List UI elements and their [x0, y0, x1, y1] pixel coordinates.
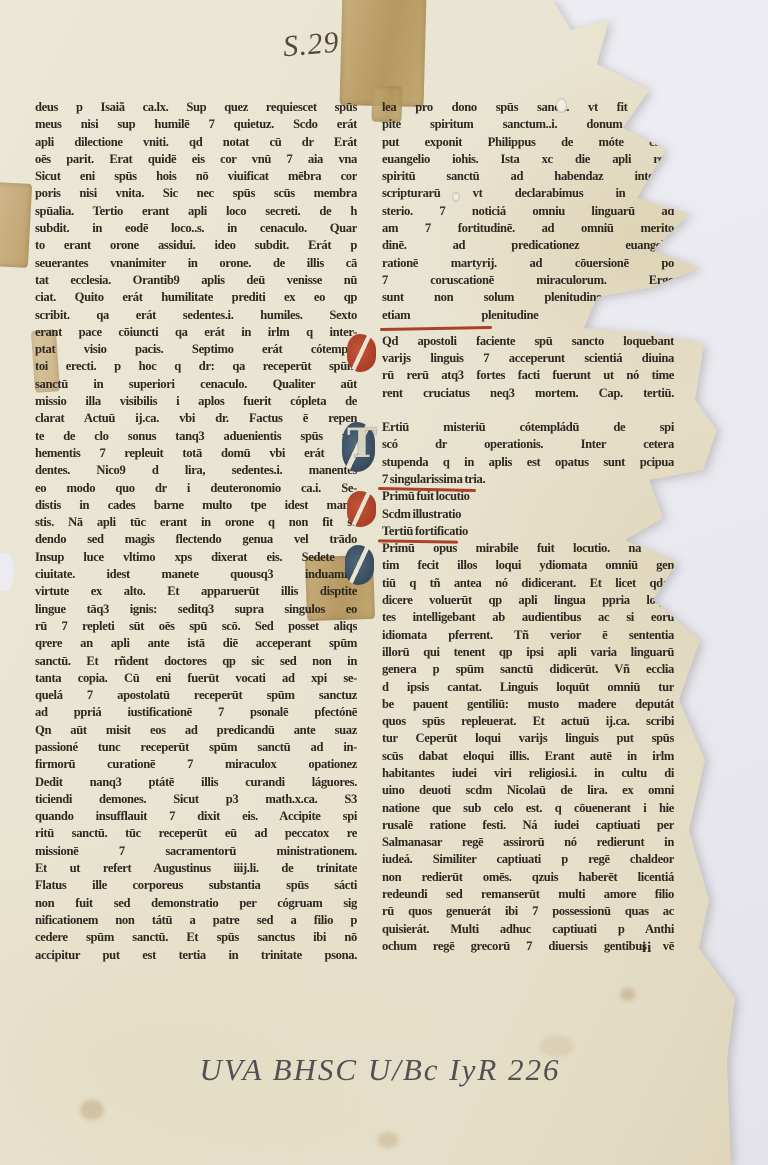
text-line: lingue tāq3 ignis: seditq3 supra singulo…: [35, 601, 357, 618]
text-line: hementis 7 repleuit totā domū vbi erát s…: [35, 445, 357, 462]
text-line: habitantes iudei viri religiosi.i. in cu…: [382, 765, 674, 782]
text-line: sunt non solum plenitudine sufficien: [382, 289, 674, 306]
stain-spot: [620, 988, 635, 1001]
right-text-column: lea pro dono spūs sancti. vt fit sensupi…: [382, 99, 674, 955]
chapter-summary-paragraph: Qd apostoli faciente spū sancto loqueban…: [382, 333, 674, 402]
text-line: nificationem non tátū a patre sed a fili…: [35, 912, 357, 929]
text-line: toi erecti. p hoc q dr: qa receperūt spū…: [35, 358, 357, 375]
tape-strip-left-margin: [0, 182, 32, 268]
text-line: meus nisi sup humilē 7 quietuz. Scdo erá…: [35, 116, 357, 133]
signature-mark: ii: [642, 940, 652, 957]
scan-background: S.29 deus p Isaiã ca.lx. Sup quez requie…: [0, 0, 768, 1165]
text-line: ciuitate. idest manete quousq3 induamini: [35, 566, 357, 583]
text-line: passioné tunc receperūt spūm sanctū ad i…: [35, 739, 357, 756]
text-line: missionē 7 sacramentorū ministrationem.: [35, 843, 357, 860]
text-line: rū 7 repleti sūt oēs spū scō. Sed posset…: [35, 618, 357, 635]
text-line: 7 coruscationē miraculorum. Ergo: [382, 272, 674, 289]
text-line: seuerantes vnanimiter in orone. de illis…: [35, 255, 357, 272]
text-line: Ertiū misteriū cótempládū de spi: [382, 419, 674, 436]
intro-paragraph: lea pro dono spūs sancti. vt fit sensupi…: [382, 99, 674, 324]
text-line: Primū fuit locutio: [382, 488, 674, 505]
text-line: Qn aūt misit eos ad predicandū ante suaz: [35, 722, 357, 739]
text-line: sterio. 7 noticiá omniu linguarū ad: [382, 203, 674, 220]
text-line: pite spiritum sanctum..i. donum spūs: [382, 116, 674, 133]
text-line: dentes. Nico9 d lira, sedentes.i. manent…: [35, 462, 357, 479]
blue-paragraph-mark-primum: [345, 545, 374, 585]
text-line: missio illa visibilis i aplos fuerit cóp…: [35, 393, 357, 410]
text-line: subdit. in eodē loco..s. in cenaculo. Qu…: [35, 220, 357, 237]
torn-notch-left-edge: [0, 553, 14, 591]
text-line: rusalē ratione festi. Ná iudei captiuati…: [382, 817, 674, 834]
text-line: tur Ceperūt loqui varijs linguis put spū…: [382, 730, 674, 747]
text-line: scripturarū vt declarabimus in seq: [382, 185, 674, 202]
text-line: ochum regē grecorū 7 diuersis gentibus v…: [382, 938, 674, 955]
text-line: Qd apostoli faciente spū sancto loqueban…: [382, 333, 674, 350]
text-line: scó dr operationis. Inter cetera: [382, 436, 674, 453]
worm-hole: [452, 192, 460, 202]
text-line: rationē martyrij. ad cōuersionē po: [382, 255, 674, 272]
text-line: spiritū sanctū ad habendaz intellige: [382, 168, 674, 185]
manuscript-page-wrap: S.29 deus p Isaiã ca.lx. Sup quez requie…: [0, 0, 768, 1165]
text-line: eo modo quo dr i deuteronomio ca.i. Se-: [35, 480, 357, 497]
text-line: euangelio iohis. Ista xc die apli rece: [382, 151, 674, 168]
text-line: natione que sub celo est. q cōuenerant i…: [382, 800, 674, 817]
text-line: etiam plenitudine redundantie.: [382, 307, 674, 324]
text-line: erant pace cōiuncti qa erát in irlm q in…: [35, 324, 357, 341]
tertium-mystery-paragraph: Ertiū misteriū cótempládū de spiscó dr o…: [382, 419, 674, 488]
stain-spot: [378, 1132, 398, 1148]
text-line: ciat. Quito erát humilitate prediti ex e…: [35, 289, 357, 306]
text-line: varijs linguis 7 acceperunt scientiá diu…: [382, 350, 674, 367]
text-line: poris nisi vnita. Sic nec spūs scūs memb…: [35, 185, 357, 202]
stain-spot: [80, 1100, 104, 1120]
text-line: dinē. ad predicationez euangelij.: [382, 237, 674, 254]
text-line: Scdm illustratio: [382, 506, 674, 523]
text-line: ticiendi demones. Sicut p3 math.x.ca. S3: [35, 791, 357, 808]
text-line: quos spūs repleuerat. Et actuū ij.ca. sc…: [382, 713, 674, 730]
text-line: ad ppriá iustificationē 7 psonalē pfectó…: [35, 704, 357, 721]
text-line: sanctū. Et rñdent doctores qp sic sed no…: [35, 653, 357, 670]
text-line: apli dilectione vniti. qd notat cū dr Er…: [35, 134, 357, 151]
folio-number: S.29: [282, 26, 341, 65]
text-line: non redierūt omēs. qzuis haberēt licenti…: [382, 869, 674, 886]
text-line: virtute ex alto. Et apparuerūt illis dis…: [35, 583, 357, 600]
text-line: Flatus ille corporeus substantia spūs sá…: [35, 877, 357, 894]
text-line: Insup luce vltimo xps dixerat eis. Sedet…: [35, 549, 357, 566]
text-line: te de clo sonus tanq3 aduenientis spūs v…: [35, 428, 357, 445]
text-line: sanctū in superiori cenaculo. Qualiter a…: [35, 376, 357, 393]
text-line: lea pro dono spūs sancti. vt fit sensu: [382, 99, 674, 116]
library-shelfmark-caption: UVA BHSC U/Bc IyR 226: [150, 1052, 610, 1088]
text-line: Et ut refert Augustinus iiij.li. de trin…: [35, 860, 357, 877]
text-line: cedere spūm sanctū. Et spūs sanctus ibi …: [35, 929, 357, 946]
text-line: quando insufflauit 7 dixit eis. Accipite…: [35, 808, 357, 825]
text-line: ritū sanctū. tūc receperūt eū ad peccato…: [35, 825, 357, 842]
text-line: stis. Nā apli tūc erant in orone q non f…: [35, 514, 357, 531]
text-line: dicere voluerūt qp apli lingua ppria loq…: [382, 592, 674, 609]
text-line: firmorū curationē 7 miraculox opationez: [35, 756, 357, 773]
text-line: quisierát. Multi adhuc captiuati p Anthi: [382, 921, 674, 938]
text-line: oēs parit. Erat quidē eis cor vnū 7 aia …: [35, 151, 357, 168]
text-line: iudeá. Similiter captiuati p regē chalde…: [382, 851, 674, 868]
text-line: tat ecclesia. Orantib9 aplis deū venisse…: [35, 272, 357, 289]
text-line: be pauent gentiliū: musto madere deputát: [382, 696, 674, 713]
text-line: accipitur put est tertia in trinitate ps…: [35, 947, 357, 964]
primum-opus-paragraph: Primū opus mirabile fuit locutio. ná sta…: [382, 540, 674, 955]
text-line: spūalia. Tertio erant apli loco secreti.…: [35, 203, 357, 220]
text-line: non fuit sed demonstratio per cógruam si…: [35, 895, 357, 912]
text-line: Primū opus mirabile fuit locutio. ná sta: [382, 540, 674, 557]
text-line: quelá 7 apostolatū receperūt spūm sanctu…: [35, 687, 357, 704]
text-line: distis in cades barne multo tpe idest ma…: [35, 497, 357, 514]
text-line: rū quos genuerát ibi 7 possessionū quas …: [382, 903, 674, 920]
text-line: 7 singularissima tria.: [382, 471, 674, 488]
incunabulum-leaf: S.29 deus p Isaiã ca.lx. Sup quez requie…: [0, 0, 768, 1165]
text-line: redeundi sed remanserūt multi amore fili…: [382, 886, 674, 903]
text-line: rent cruciatus neq3 mortem. Cap. tertiū.: [382, 385, 674, 402]
text-line: stupenda q in aplis est opatus sunt pcip…: [382, 454, 674, 471]
text-line: genera p spūm sanctū didicerūt. Vñ eccli…: [382, 661, 674, 678]
text-line: uino deuoti scdm Nicolaū de lira. ex omn…: [382, 782, 674, 799]
text-line: put exponit Philippus de móte caler: [382, 134, 674, 151]
text-line: Dedit nanq3 ptátē illis curandi láguores…: [35, 774, 357, 791]
red-paragraph-mark-list: [347, 491, 376, 527]
text-line: deus p Isaiã ca.lx. Sup quez requiescet …: [35, 99, 357, 116]
text-line: Sicut eni spūs hois nō viuificat mēbra c…: [35, 168, 357, 185]
text-line: am 7 fortitudinē. ad omniū merito: [382, 220, 674, 237]
text-line: tiū q tñ antea nó didicerant. Et licet q…: [382, 575, 674, 592]
red-paragraph-mark-chapter: [347, 334, 376, 372]
text-line: dendo sed magis flectendo genua vel trād…: [35, 531, 357, 548]
lombardic-initial-T: T: [347, 420, 377, 468]
left-text-column: deus p Isaiã ca.lx. Sup quez requiescet …: [35, 99, 357, 964]
text-line: rū rerū atq3 fortes facti fuerunt ut nó …: [382, 367, 674, 384]
text-line: to erant orone assidui. ideo subdit. Erá…: [35, 237, 357, 254]
text-line: Tertiū fortificatio: [382, 523, 674, 540]
text-line: scribit. qa erát sedentes.i. humiles. Se…: [35, 307, 357, 324]
text-line: idiomata pferrent. Tñ verior ē sententia: [382, 627, 674, 644]
text-line: tes intelligebant ab audientibus ac si e…: [382, 609, 674, 626]
text-line: ptat visio pacis. Septimo erát cótempla: [35, 341, 357, 358]
text-line: tanta copia. Cū eni fuerūt vocati ad xpi…: [35, 670, 357, 687]
stain-spot: [714, 474, 723, 483]
three-mysteries-list: Primū fuit locutioScdm illustratioTertiū…: [382, 488, 674, 540]
worm-hole: [556, 98, 567, 113]
text-line: scūs dabat eloqui illis. Erant autē in i…: [382, 748, 674, 765]
text-line: tim fecit illos loqui ydiomata omniū gen: [382, 557, 674, 574]
text-line: d ipsis cantat. Linguis loquūt omniū tur: [382, 679, 674, 696]
text-line: qrere an apli ante istā diē acceperant s…: [35, 635, 357, 652]
text-line: clarat Actuū ij.ca. vbi dr. Factus ē rep…: [35, 410, 357, 427]
text-line: Salmanasar regē assirorū nó redierunt in: [382, 834, 674, 851]
text-line: illorū qui tenent qp ipsi apli varia lin…: [382, 644, 674, 661]
